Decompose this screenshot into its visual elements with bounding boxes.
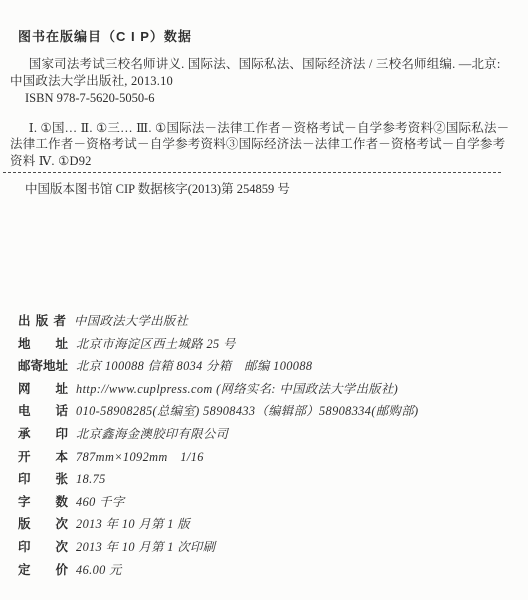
row-value: 010-58908285(总编室) 58908433（编辑部）58908334(… — [76, 401, 418, 419]
table-row-price: 定 价 46.00 元 — [18, 560, 514, 583]
row-label: 网 址 — [18, 379, 68, 397]
row-value: 北京市海淀区西土城路 25 号 — [76, 334, 236, 352]
row-value: 2013 年 10 月第 1 版 — [76, 514, 190, 532]
book-title-paragraph: 国家司法考试三校名师讲义. 国际法、国际私法、国际经济法 / 三校名师组编. —… — [10, 56, 510, 89]
row-label: 印 张 — [18, 469, 68, 487]
row-value: 2013 年 10 月第 1 次印刷 — [76, 537, 215, 555]
row-label: 印 次 — [18, 537, 68, 555]
dashed-divider — [3, 172, 501, 174]
row-label: 电 话 — [18, 401, 68, 419]
row-value: 北京 100088 信箱 8034 分箱 邮编 100088 — [76, 356, 312, 374]
table-row-telephone: 电 话 010-58908285(总编室) 58908433（编辑部）58908… — [18, 401, 514, 424]
row-label: 字 数 — [18, 492, 68, 510]
row-label: 版 次 — [18, 514, 68, 532]
row-value: 北京鑫海金澳胶印有限公司 — [76, 424, 228, 442]
table-row-address: 地 址 北京市海淀区西土城路 25 号 — [18, 334, 514, 357]
table-row-impression: 印 次 2013 年 10 月第 1 次印刷 — [18, 537, 514, 560]
row-label: 承 印 — [18, 424, 68, 442]
table-row-website: 网 址 http://www.cuplpress.com (网络实名: 中国政法… — [18, 379, 514, 402]
table-row-publisher: 出 版 者 中国政法大学出版社 — [18, 311, 514, 334]
table-row-mailing-address: 邮寄地址 北京 100088 信箱 8034 分箱 邮编 100088 — [18, 356, 514, 379]
cip-header: 图书在版编目（C I P）数据 — [18, 26, 512, 45]
row-value: 18.75 — [76, 472, 106, 487]
row-label: 出 版 者 — [18, 311, 66, 329]
table-row-printer: 承 印 北京鑫海金澳胶印有限公司 — [18, 424, 514, 447]
isbn-line: ISBN 978-7-5620-5050-6 — [10, 90, 510, 107]
row-label: 地 址 — [18, 334, 68, 352]
cip-classification: Ⅰ. ①国… Ⅱ. ①三… Ⅲ. ①国际法－法律工作者－资格考试－自学参考资料②… — [10, 120, 514, 170]
table-row-format: 开 本 787mm×1092mm 1/16 — [18, 447, 514, 470]
row-value: 46.00 元 — [76, 560, 122, 578]
row-label: 定 价 — [18, 560, 68, 578]
row-value: 787mm×1092mm 1/16 — [76, 447, 204, 465]
cip-record-number: 中国版本图书馆 CIP 数据核字(2013)第 254859 号 — [10, 181, 510, 198]
row-label: 开 本 — [18, 447, 68, 465]
table-row-edition: 版 次 2013 年 10 月第 1 版 — [18, 514, 514, 537]
table-row-word-count: 字 数 460 千字 — [18, 492, 514, 515]
row-value: 中国政法大学出版社 — [74, 311, 188, 329]
table-row-sheets: 印 张 18.75 — [18, 469, 514, 492]
colophon-table: 出 版 者 中国政法大学出版社 地 址 北京市海淀区西土城路 25 号 邮寄地址… — [18, 311, 514, 582]
row-value: http://www.cuplpress.com (网络实名: 中国政法大学出版… — [76, 379, 398, 397]
book-copyright-page: 图书在版编目（C I P）数据 国家司法考试三校名师讲义. 国际法、国际私法、国… — [0, 0, 528, 600]
row-label: 邮寄地址 — [18, 356, 68, 374]
row-value: 460 千字 — [76, 492, 125, 510]
